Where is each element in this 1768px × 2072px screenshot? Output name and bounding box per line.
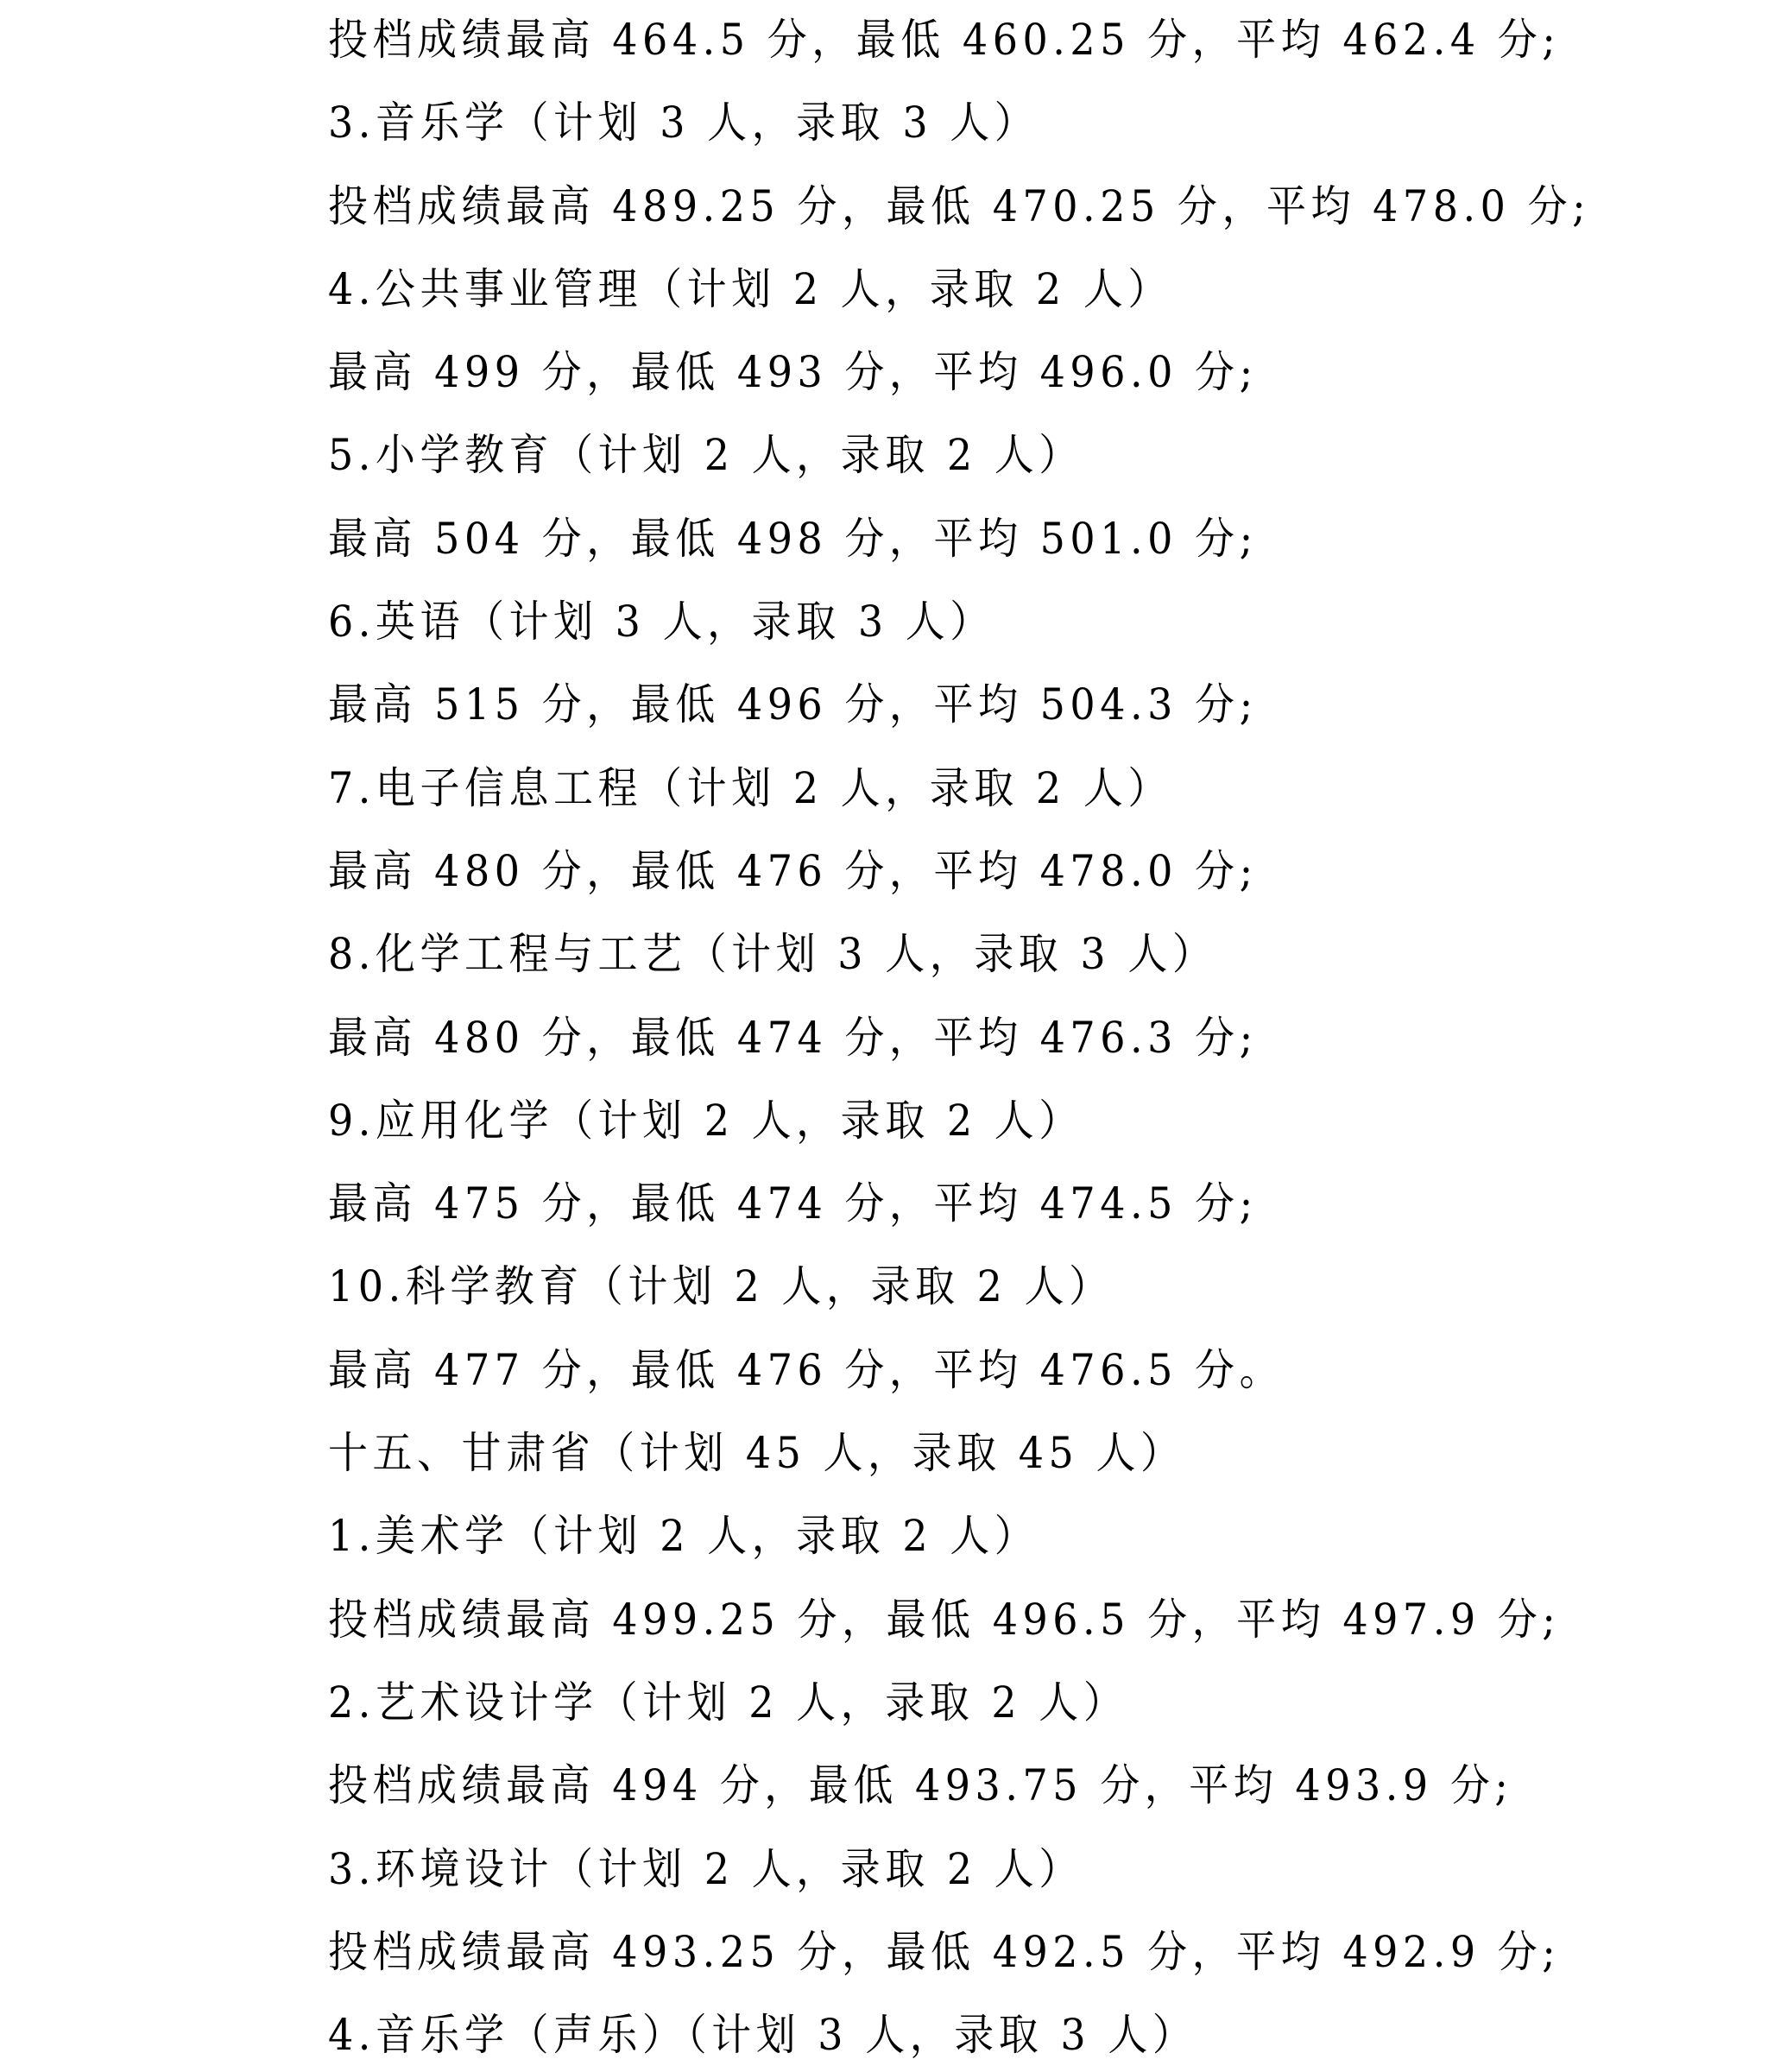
major-heading: 6.英语（计划 3 人，录取 3 人）: [328, 580, 1567, 663]
score-line: 投档成绩最高 464.5 分，最低 460.25 分，平均 462.4 分;: [328, 0, 1567, 81]
major-heading: 3.音乐学（计划 3 人，录取 3 人）: [328, 81, 1567, 164]
major-heading: 4.公共事业管理（计划 2 人，录取 2 人）: [328, 248, 1567, 331]
score-line: 最高 499 分，最低 493 分，平均 496.0 分;: [328, 331, 1567, 414]
score-line: 投档成绩最高 499.25 分，最低 496.5 分，平均 497.9 分;: [328, 1578, 1567, 1661]
score-line: 最高 504 分，最低 498 分，平均 501.0 分;: [328, 497, 1567, 580]
score-line: 最高 515 分，最低 496 分，平均 504.3 分;: [328, 663, 1567, 746]
score-line: 最高 477 分，最低 476 分，平均 476.5 分。: [328, 1329, 1567, 1412]
major-heading: 3.环境设计（计划 2 人，录取 2 人）: [328, 1828, 1567, 1911]
major-heading: 9.应用化学（计划 2 人，录取 2 人）: [328, 1079, 1567, 1162]
major-heading: 10.科学教育（计划 2 人，录取 2 人）: [328, 1245, 1567, 1328]
major-heading: 8.化学工程与工艺（计划 3 人，录取 3 人）: [328, 913, 1567, 995]
major-heading: 7.电子信息工程（计划 2 人，录取 2 人）: [328, 747, 1567, 830]
major-heading: 1.美术学（计划 2 人，录取 2 人）: [328, 1494, 1567, 1577]
score-line: 最高 480 分，最低 474 分，平均 476.3 分;: [328, 996, 1567, 1079]
score-line: 投档成绩最高 489.25 分，最低 470.25 分，平均 478.0 分;: [328, 165, 1567, 248]
score-line: 投档成绩最高 494 分，最低 493.75 分，平均 493.9 分;: [328, 1744, 1567, 1827]
score-line: 最高 475 分，最低 474 分，平均 474.5 分;: [328, 1162, 1567, 1245]
document-page: 投档成绩最高 464.5 分，最低 460.25 分，平均 462.4 分; 3…: [0, 0, 1768, 2072]
score-line: 投档成绩最高 493.25 分，最低 492.5 分，平均 492.9 分;: [328, 1911, 1567, 1993]
major-heading: 2.艺术设计学（计划 2 人，录取 2 人）: [328, 1661, 1567, 1744]
score-line: 最高 480 分，最低 476 分，平均 478.0 分;: [328, 830, 1567, 913]
document-body: 投档成绩最高 464.5 分，最低 460.25 分，平均 462.4 分; 3…: [328, 0, 1675, 2072]
major-heading: 5.小学教育（计划 2 人，录取 2 人）: [328, 414, 1567, 496]
province-heading: 十五、甘肃省（计划 45 人，录取 45 人）: [328, 1412, 1567, 1494]
major-heading: 4.音乐学（声乐）（计划 3 人，录取 3 人）: [328, 1993, 1567, 2072]
